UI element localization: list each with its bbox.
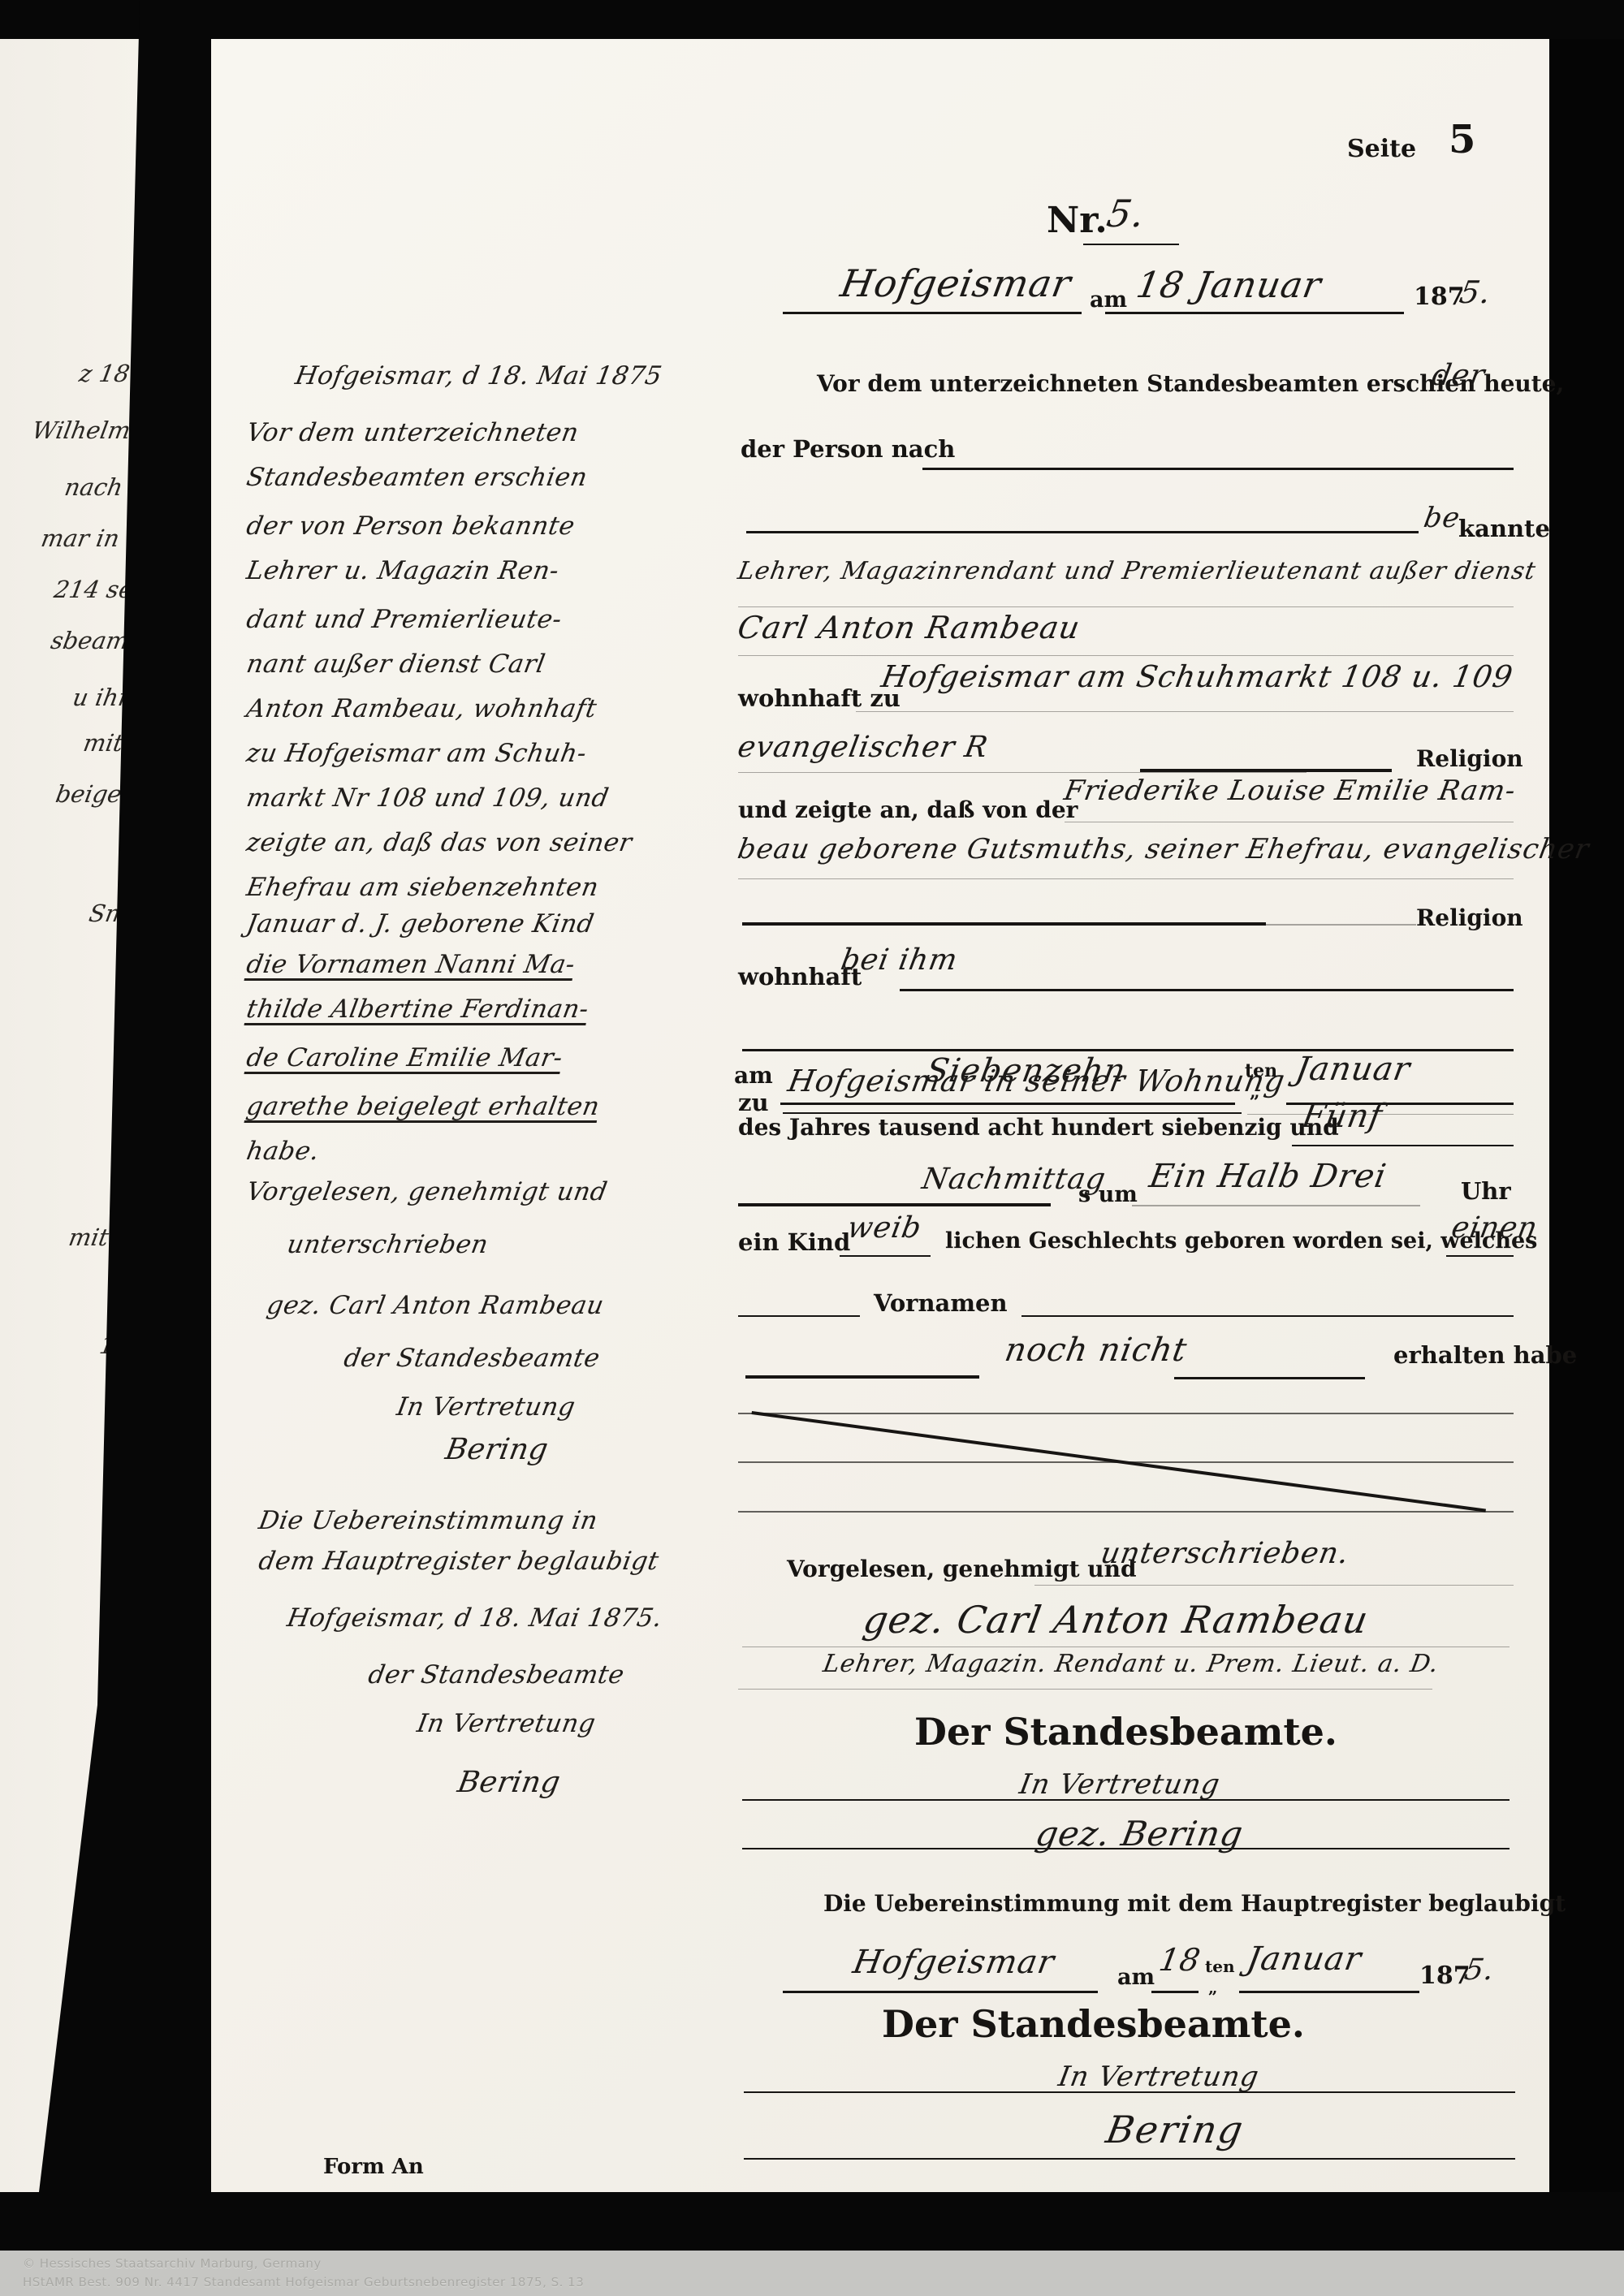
artikel-hand: einen [1449, 1211, 1540, 1245]
unterschrieben-hand: unterschrieben. [1098, 1537, 1351, 1570]
birth-month-hand: Januar [1293, 1051, 1413, 1088]
margin-line: nant außer dienst Carl [244, 650, 547, 679]
vorname-hand: noch nicht [1002, 1331, 1190, 1369]
rule [783, 1991, 1098, 1993]
margin-line: zeigte an, daß das von seiner [244, 828, 634, 857]
rule [738, 772, 1307, 773]
am2-label: am [1117, 1965, 1155, 1990]
religion-label: Religion [1416, 745, 1523, 772]
rule [738, 606, 1514, 607]
bering-signature-2: Bering [1103, 2108, 1247, 2151]
rule [738, 1511, 1514, 1513]
intro-hand: der [1429, 359, 1488, 392]
dateline-year-hand: 5. [1457, 274, 1494, 310]
margin-line: Januar d. J. geborene Kind [244, 909, 597, 939]
person-nach-label: der Person nach [741, 435, 955, 463]
rule [742, 1646, 1510, 1647]
margin-line: Vorgelesen, genehmigt und [244, 1177, 610, 1206]
dateline-date: 18 Januar [1134, 265, 1325, 306]
margin-line: zu Hofgeismar am Schuh- [244, 739, 589, 768]
seite-label: Seite [1347, 135, 1416, 163]
scan-border-bottom [0, 2192, 1624, 2251]
rule [1034, 1585, 1514, 1586]
rule [742, 1848, 1510, 1849]
scan-border-top [0, 0, 1624, 39]
rule [742, 922, 1266, 926]
birth-day-hand: Siebenzehn [923, 1052, 1129, 1090]
bei-ihm-hand: bei ihm [838, 943, 960, 977]
bekannte-print: kannte [1458, 515, 1550, 542]
uhrzeit-hand: Ein Halb Drei [1147, 1158, 1389, 1195]
rule [738, 1689, 1432, 1690]
rule [744, 2158, 1515, 2160]
religion-label-2: Religion [1416, 904, 1523, 931]
rule [746, 531, 1419, 533]
day2-hand: 18 [1156, 1942, 1203, 1978]
occupation-hand: Lehrer, Magazinrendant und Premierlieute… [736, 557, 1538, 585]
mittags-um-print: s um [1078, 1182, 1138, 1207]
scanned-birth-register-page: z 1875. Wilhelmine nach be- mar in der 2… [0, 0, 1624, 2296]
ten-ditto-mark: „ [1250, 1081, 1260, 1103]
margin-signature: Bering [443, 1433, 551, 1466]
ten-label: ten [1245, 1060, 1277, 1081]
vorgelesen-print: Vorgelesen, genehmigt und [787, 1556, 1137, 1582]
margin-line: Hofgeismar, d 18. Mai 1875 [293, 361, 664, 391]
geschlechts-print: lichen Geschlechts geboren worden sei, w… [945, 1228, 1537, 1254]
rule [1132, 1205, 1420, 1206]
zu-label: zu [738, 1089, 769, 1116]
rule [922, 468, 1514, 470]
archive-copyright: © Hessisches Staatsarchiv Marburg, Germa… [23, 2256, 322, 2271]
rule [840, 1255, 931, 1257]
margin-line: der Standesbeamte [366, 1660, 627, 1690]
ein-kind-print: ein Kind [738, 1228, 850, 1256]
rule [738, 1203, 1051, 1206]
place2-hand: Hofgeismar [850, 1944, 1057, 1981]
ten2-label: ten [1205, 1957, 1235, 1976]
rule [1021, 1315, 1514, 1317]
rule [738, 1413, 1514, 1414]
vertretung2-hand: In Vertretung [1056, 2061, 1261, 2093]
vornamen-label: Vornamen [874, 1289, 1008, 1317]
beglaubigt-print: Die Uebereinstimmung mit dem Hauptregist… [823, 1890, 1566, 1917]
rule [1446, 1255, 1514, 1257]
rule [1083, 244, 1179, 245]
mother-name-hand-2: beau geborene Gutsmuths, seiner Ehefrau,… [735, 833, 1592, 865]
dateline-place: Hofgeismar [837, 261, 1074, 305]
nr-value: 5. [1104, 192, 1148, 235]
margin-line: Hofgeismar, d 18. Mai 1875. [285, 1603, 665, 1633]
vertretung-hand: In Vertretung [1017, 1768, 1222, 1801]
jahr-hand: Fünf [1299, 1098, 1385, 1135]
rule [1266, 924, 1416, 926]
margin-line: Anton Rambeau, wohnhaft [244, 694, 599, 723]
standesbeamte-heading: Der Standesbeamte. [738, 1710, 1514, 1754]
geschlecht-hand: weib [844, 1211, 924, 1245]
standesbeamte-heading-2: Der Standesbeamte. [706, 2002, 1481, 2046]
declarant-signature: gez. Carl Anton Rambeau [860, 1598, 1371, 1642]
rule [744, 2091, 1515, 2093]
margin-line: In Vertretung [395, 1392, 577, 1422]
year2-hand: 5. [1462, 1953, 1497, 1987]
rule [738, 655, 1514, 656]
margin-line: habe. [244, 1137, 322, 1166]
margin-line: Ehefrau am siebenzehnten [244, 873, 601, 902]
rule [1292, 1145, 1514, 1146]
signature-title-hand: Lehrer, Magazin. Rendant u. Prem. Lieut.… [821, 1650, 1441, 1678]
nr-label: Nr. [1047, 200, 1108, 241]
wohnhaft-zu-label: wohnhaft zu [738, 684, 901, 712]
rule [738, 878, 1514, 879]
rule [783, 312, 1082, 314]
register-page: Seite 5 Nr. 5. Hofgeismar am 18 Januar 1… [192, 39, 1549, 2192]
margin-line: der Standesbeamte [342, 1344, 603, 1373]
ten2-ditto-mark: „ [1208, 1978, 1218, 1997]
rule [1239, 1991, 1419, 1993]
margin-line: Vor dem unterzeichneten [244, 418, 581, 447]
jahr-print: des Jahres tausend acht hundert siebenzi… [738, 1114, 1339, 1141]
margin-line-child-names: garethe beigelegt erhalten [244, 1092, 602, 1121]
margin-line-child-names: die Vornamen Nanni Ma- [244, 950, 577, 979]
margin-line: Lehrer u. Magazin Ren- [244, 556, 562, 585]
address-hand: Hofgeismar am Schuhmarkt 108 u. 109 [879, 659, 1516, 694]
mother-name-hand-1: Friederike Louise Emilie Ram- [1061, 775, 1518, 807]
month2-hand: Januar [1244, 1940, 1364, 1978]
rule [738, 1315, 860, 1317]
declarant-name-hand: Carl Anton Rambeau [735, 610, 1083, 645]
margin-line-child-names: de Caroline Emilie Mar- [244, 1043, 565, 1072]
rule [780, 1103, 1235, 1105]
rule [1151, 1991, 1199, 1993]
uhr-label: Uhr [1461, 1177, 1511, 1205]
rule [900, 989, 1514, 991]
margin-signature: Bering [455, 1766, 563, 1799]
rule [742, 1799, 1510, 1801]
margin-line-child-names: thilde Albertine Ferdinan- [244, 995, 591, 1024]
religion-hand: evangelischer R [735, 731, 991, 764]
rule [1065, 822, 1514, 822]
margin-line: dem Hauptregister beglaubigt [257, 1547, 661, 1576]
margin-line: der von Person bekannte [244, 511, 577, 541]
rule [1174, 1377, 1365, 1379]
margin-line: Die Uebereinstimmung in [257, 1506, 600, 1535]
margin-line: unterschrieben [285, 1230, 490, 1259]
rule [1140, 769, 1392, 772]
page-number: 5 [1449, 117, 1475, 162]
margin-line: gez. Carl Anton Rambeau [265, 1291, 607, 1320]
rule [745, 1375, 979, 1379]
rule [1105, 312, 1404, 314]
margin-line: dant und Premierlieute- [244, 605, 564, 634]
margin-line: Standesbeamten erschien [244, 463, 590, 492]
archive-caption-strip: © Hessisches Staatsarchiv Marburg, Germa… [0, 2251, 1624, 2296]
margin-line: markt Nr 108 und 109, und [244, 783, 611, 813]
zeigte-an-print: und zeigte an, daß von der [738, 796, 1078, 823]
margin-note: Hofgeismar, d 18. Mai 1875 Vor dem unter… [239, 39, 741, 2192]
dateline-am: am [1090, 287, 1127, 313]
archive-reference: HStAMR Best. 909 Nr. 4417 Standesamt Hof… [23, 2275, 584, 2290]
rule [856, 711, 1514, 712]
erhalten-habe-print: erhalten habe [1393, 1341, 1577, 1369]
margin-line: In Vertretung [415, 1709, 598, 1738]
bekannte-hand: be [1421, 502, 1462, 534]
